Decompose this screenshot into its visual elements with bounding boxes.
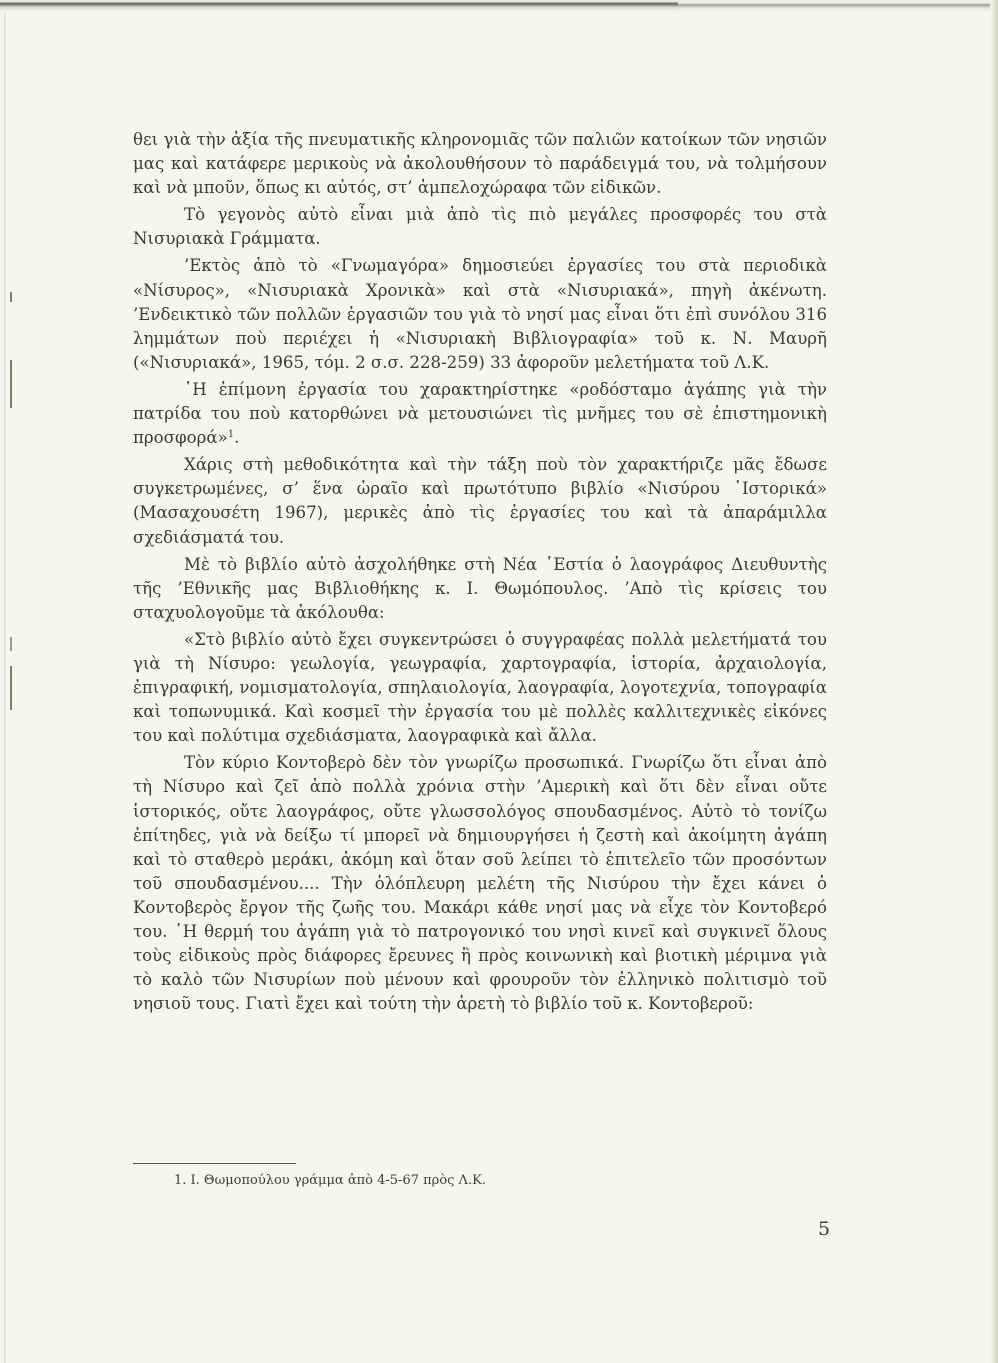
paragraph: ’Εκτὸς ἀπὸ τὸ «Γνωμαγόρα» δημοσιεύει ἐργ…: [133, 254, 827, 374]
body-text: θει γιὰ τὴν ἀξία τῆς πνευματικῆς κληρονο…: [133, 128, 827, 1016]
page-right-edge: [990, 0, 998, 1363]
binding-staple-mark: [10, 360, 12, 408]
footnote: 1. Ι. Θωμοπούλου γράμμα ἀπὸ 4-5-67 πρὸς …: [174, 1172, 486, 1190]
footnote-divider: [133, 1163, 296, 1164]
binding-staple-mark: [10, 666, 12, 710]
paragraph-quote: «Στὸ βιβλίο αὐτὸ ἔχει συγκεντρώσει ὁ συγ…: [133, 628, 827, 748]
paragraph-text-end: .: [234, 428, 239, 447]
paragraph: θει γιὰ τὴν ἀξία τῆς πνευματικῆς κληρονο…: [133, 128, 827, 200]
binding-staple-mark: [10, 637, 12, 651]
paragraph: Μὲ τὸ βιβλίο αὐτὸ ἀσχολήθηκε στὴ Νέα ῾Εσ…: [133, 553, 827, 625]
paragraph-with-footnote: ῾Η ἐπίμονη ἐργασία του χαρακτηρίστηκε «ρ…: [133, 378, 827, 450]
paragraph: Τὸ γεγονὸς αὐτὸ εἶναι μιὰ ἀπὸ τὶς πιὸ με…: [133, 203, 827, 251]
paragraph: Χάρις στὴ μεθοδικότητα καὶ τὴν τάξη ποὺ …: [133, 453, 827, 549]
paragraph-quote: Τὸν κύριο Κοντοβερὸ δὲν τὸν γνωρίζω προσ…: [133, 751, 827, 1016]
page-top-edge-right: [678, 0, 998, 10]
page-number: 5: [818, 1218, 830, 1240]
binding-staple-mark: [10, 292, 12, 302]
